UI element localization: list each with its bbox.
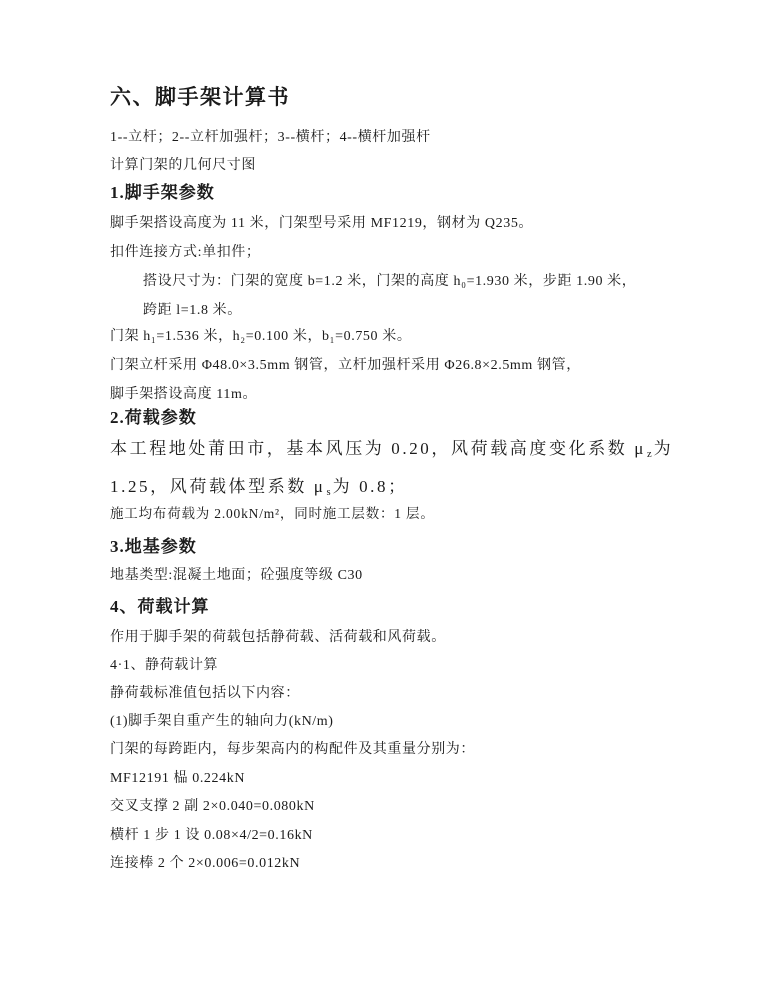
section2-line-live-load: 施工均布荷载为 2.00kN/m²，同时施工层数：1 层。 (110, 506, 435, 523)
mu-z-subscript: z (647, 449, 652, 460)
wind-load-line-2-tail: 为 0.8； (333, 477, 408, 496)
section4-sub-heading: 4·1、静荷载计算 (110, 657, 218, 675)
section3-line-foundation: 地基类型:混凝土地面；砼强度等级 C30 (110, 567, 363, 585)
section4-line-dead-load-intro: 静荷载标准值包括以下内容： (110, 685, 300, 703)
wind-load-line-2: 1.25，风荷载体型系数 μs为 0.8； (110, 476, 408, 500)
section1-line-height-model: 脚手架搭设高度为 11 米，门架型号采用 MF1219，钢材为 Q235。 (110, 215, 533, 233)
document-page: 六、脚手架计算书 1--立杆；2--立杆加强杆；3--横杆；4--横杆加强杆 计… (0, 0, 765, 990)
section1-heading: 1.脚手架参数 (110, 183, 215, 203)
section4-line-cross-brace: 交叉支撑 2 副 2×0.040=0.080kN (110, 798, 315, 816)
mu-s-subscript: s (327, 487, 331, 498)
section2-heading: 2.荷载参数 (110, 408, 197, 428)
section3-heading: 3.地基参数 (110, 537, 197, 557)
figure-caption: 计算门架的几何尺寸图 (110, 157, 256, 175)
section4-line-axial-force: (1)脚手架自重产生的轴向力(kN/m) (110, 713, 334, 731)
wind-load-line-1-tail: 为 (654, 439, 674, 458)
wind-load-line-1: 本工程地处莆田市，基本风压为 0.20，风荷载高度变化系数 μz为 (110, 438, 673, 462)
section1-line-dimensions: 搭设尺寸为：门架的宽度 b=1.2 米，门架的高度 h₀=1.930 米，步距 … (143, 273, 636, 291)
section1-line-coupler: 扣件连接方式:单扣件； (110, 244, 261, 262)
section4-line-frame-weight: MF12191 榀 0.224kN (110, 770, 245, 788)
document-title: 六、脚手架计算书 (110, 85, 290, 110)
section1-line-frame-dims: 门架 h₁=1.536 米，h₂=0.100 米，b₁=0.750 米。 (110, 328, 411, 346)
wind-load-line-2-text: 1.25，风荷载体型系数 μ (110, 477, 326, 496)
section4-line-horizontal-bar: 横杆 1 步 1 设 0.08×4/2=0.16kN (110, 827, 313, 845)
section1-line-pipes: 门架立杆采用 Φ48.0×3.5mm 钢管，立杆加强杆采用 Φ26.8×2.5m… (110, 357, 581, 375)
section4-heading: 4、荷载计算 (110, 597, 210, 617)
wind-load-line-1-text: 本工程地处莆田市，基本风压为 0.20，风荷载高度变化系数 μ (110, 439, 646, 458)
section1-line-span: 跨距 l=1.8 米。 (143, 302, 242, 320)
section4-line-connector: 连接棒 2 个 2×0.006=0.012kN (110, 855, 300, 873)
section4-line-load-types: 作用于脚手架的荷载包括静荷载、活荷载和风荷载。 (110, 629, 446, 647)
section4-line-components-intro: 门架的每跨距内，每步架高内的构配件及其重量分别为： (110, 741, 475, 759)
section1-line-height: 脚手架搭设高度 11m。 (110, 386, 257, 404)
legend-line: 1--立杆；2--立杆加强杆；3--横杆；4--横杆加强杆 (110, 129, 431, 147)
